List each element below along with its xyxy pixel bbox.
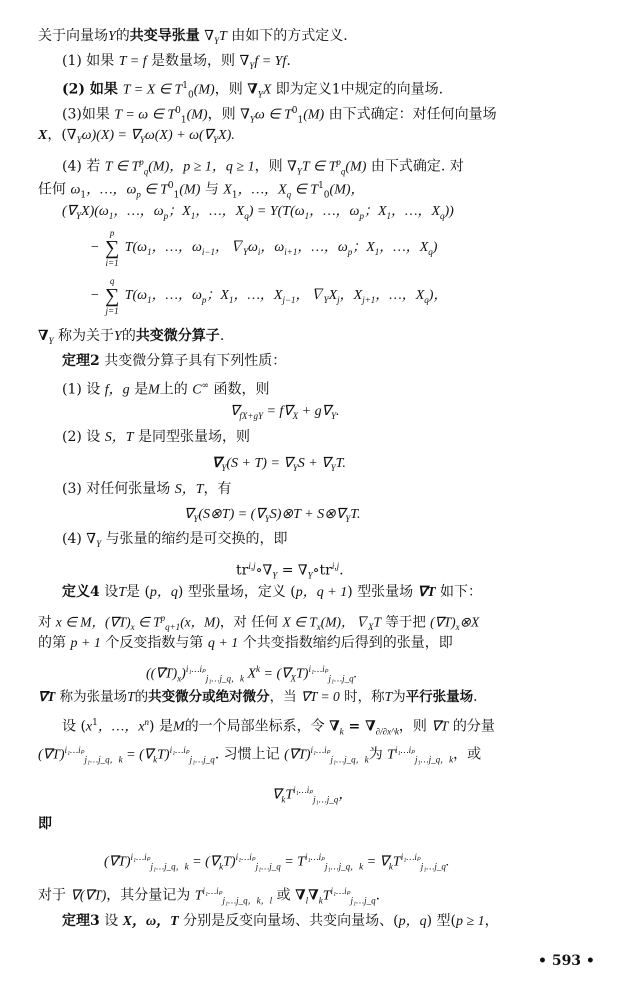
term-covariant-differential-operator: 共变微分算子 (136, 328, 220, 344)
text-line: (∇T)i₁…iₚj₁…j_q，k = (∇kT)i₁…iₚj₁…j_q. 习惯… (38, 741, 481, 768)
summation-symbol: q∑j=1 (105, 276, 119, 316)
page-number: • 593 • (538, 953, 595, 969)
formula-line: ∇Y(S⊗T) = (∇YS)⊗T + S⊗∇YT. (184, 506, 360, 528)
text-line: (4) ∇Y 与张量的缩约是可交换的，即 (62, 530, 288, 553)
formula-line: − p∑i=1 T(ω1，…，ωi−1，∇Yωi，ωi+1，…，ωp；X1，…，… (90, 228, 437, 272)
text-line: ∇T 称为张量场T的共变微分或绝对微分，当 ∇T = 0 时，称T为平行张量场. (38, 688, 477, 706)
formula-line: (∇YX)(ω1，…，ωp；X1，…，Xq) = Y(T(ω1，…，ωp；X1，… (62, 203, 454, 225)
term-covariant-derivative-tensor: 共变导张量 (130, 28, 200, 44)
formula-line: ((∇T)x)i₁…iₚj₁…j_q，k Xk = (∇XT)i₁…iₚj₁…j… (146, 660, 357, 687)
text-line: 对于 ∇(∇T)，其分量记为 Ti₁…iₚj₁…j_q，k，l 或 ∇l∇kTi… (38, 882, 380, 909)
theorem-label: 定理3 (62, 913, 100, 929)
text-line: ∇Y 称为关于Y的共变微分算子. (38, 327, 224, 350)
definition-label: 定义4 (62, 584, 100, 600)
term-parallel-tensor-field: 平行张量场 (406, 689, 474, 705)
text-line: (1) 如果 T = f 是数量场，则 ∇Yf = Yf. (62, 52, 291, 75)
formula-line: tri,j∘∇Y = ∇Y∘tri,j. (236, 557, 344, 584)
theorem-heading: 定理2 共变微分算子具有下列性质： (62, 352, 286, 370)
theorem-heading: 定理3 设 X，ω，T 分别是反变向量场、共变向量场、(p，q) 型(p ≥ 1… (62, 912, 499, 931)
text-line: (3) 对任何张量场 S，T，有 (62, 480, 232, 499)
text-line: 关于向量场Y的共变导张量 ∇YT 由如下的方式定义. (38, 27, 348, 50)
text-line: X，(∇Yω)(X) = ∇Yω(X) + ω(∇YX). (38, 126, 235, 149)
text-line: 任何 ω1，…，ωp ∈ T01(M) 与 X1，…，Xq ∈ T10(M)， (38, 177, 365, 204)
text-line: (2) 设 S，T 是同型张量场，则 (62, 428, 250, 447)
formula-line: ∇fX+gY = f∇X + g∇Y. (230, 403, 339, 425)
formula-line: − q∑j=1 T(ω1，…，ωp；X1，…，Xj−1，∇YXj，Xj+1，…，… (90, 276, 447, 320)
formula-line: ∇kTi₁…iₚj₁…j_q， (272, 781, 352, 808)
formula-line: ∇Y(S + T) = ∇YS + ∇YT. (212, 455, 346, 477)
text-line: (1) 设 f，g 是M上的 C∞ 函数，则 (62, 377, 270, 400)
summation-symbol: p∑i=1 (105, 228, 119, 268)
term-covariant-differential: 共变微分或绝对微分 (148, 689, 270, 705)
theorem-label: 定理2 (62, 353, 100, 369)
text-line: 设 (x1，…，xn) 是M的一个局部坐标系，令 ∇k = ∇∂/∂x^k，则 … (62, 713, 495, 740)
text-line: 对 x ∈ M，(∇T)x ∈ Tpq+1(x，M)，对 任何 X ∈ Tx(M… (38, 609, 479, 636)
formula-line: (∇T)i₁…iₚj₁…j_q，k = (∇kT)i₁…iₚj₁…j_q = T… (104, 848, 449, 875)
text-line: (2) 如果 T = X ∈ T10(M)，则 ∇YX 即为定义1中规定的向量场… (62, 77, 443, 104)
text-line: 的第 p + 1 个反变指数与第 q + 1 个共变指数缩约后得到的张量，即 (38, 634, 453, 653)
text-line: 即 (38, 815, 52, 833)
definition-heading: 定义4 设T是 (p，q) 型张量场，定义 (p，q + 1) 型张量场 ∇T … (62, 583, 482, 602)
